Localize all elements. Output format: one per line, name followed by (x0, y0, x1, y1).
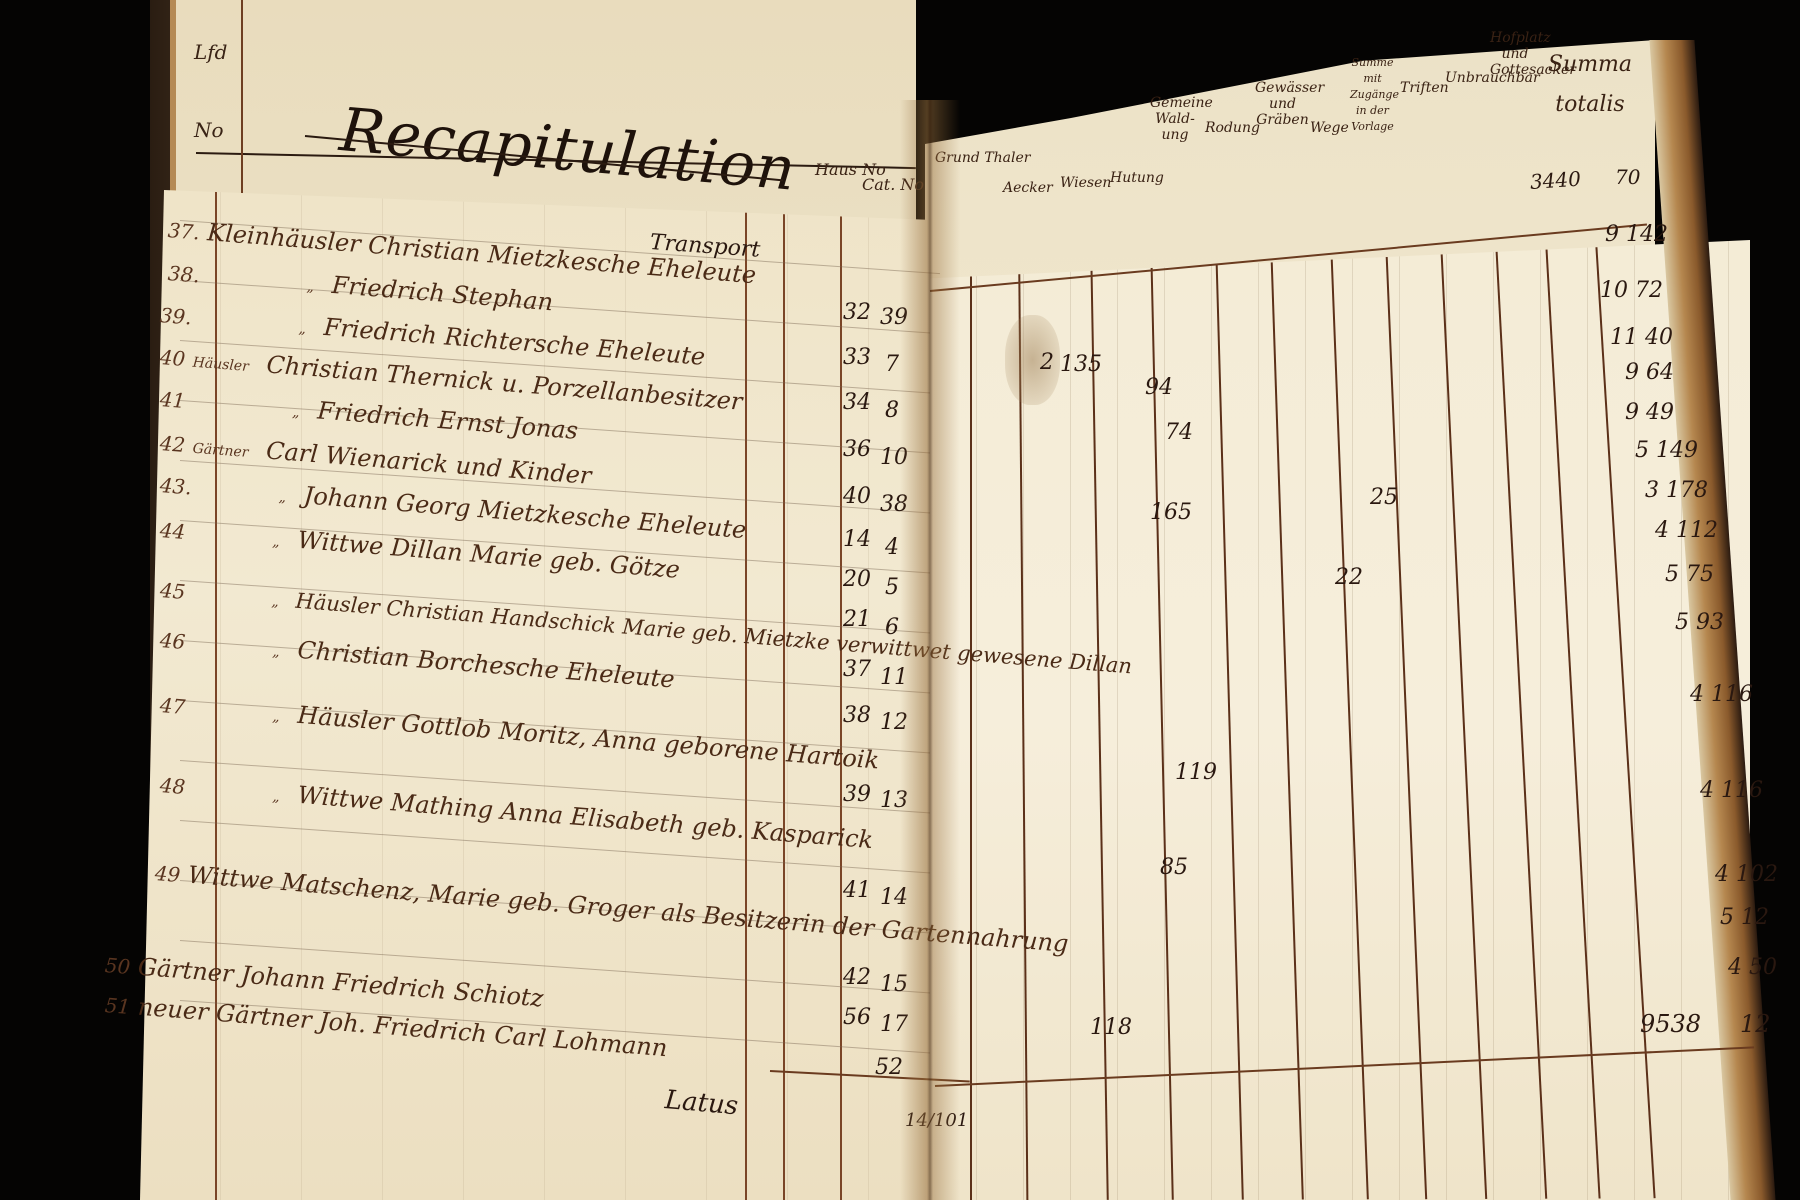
summa-cell: 9 64 (1625, 360, 1674, 385)
summa-cell: 9 142 (1605, 222, 1668, 247)
col-rule (1215, 240, 1244, 1200)
value-cell: 74 (1165, 420, 1193, 445)
value-cell: 25 (1370, 485, 1398, 510)
cat-no-cell: 5 (885, 575, 899, 600)
col-rule (1330, 240, 1369, 1199)
summa-cell: 4 102 (1715, 862, 1778, 887)
col-header: Summe mit Zugänge in der Vorlage (1350, 55, 1395, 135)
col-header: Wiesen (1060, 175, 1111, 191)
summa-cell: 4 116 (1700, 778, 1763, 803)
value-cell: 22 (1335, 565, 1363, 590)
col-rule (1090, 240, 1109, 1200)
summa-cell: 5 149 (1635, 438, 1698, 463)
col-header: Hutung (1110, 170, 1164, 186)
haus-no-cell: 34 (843, 390, 871, 415)
grand-total-pf: 12 (1740, 1010, 1771, 1038)
haus-no-cell: 56 (843, 1005, 871, 1030)
haus-no-cell: 40 (843, 484, 871, 509)
col-rule (1495, 240, 1547, 1199)
value-cell: 135 (1060, 352, 1102, 377)
value-cell: 118 (1090, 1015, 1132, 1040)
cat-no-cell: 6 (885, 615, 899, 640)
col-header: Aecker (1003, 180, 1053, 196)
col-header: Triften (1400, 80, 1445, 96)
margin-header-no: No (194, 118, 224, 142)
margin-header-lfd: Lfd (194, 40, 228, 64)
haus-no-cell: 37 (843, 657, 871, 682)
grand-total: 9538 (1640, 1010, 1701, 1038)
summa-cell: 5 93 (1675, 610, 1724, 635)
col-rule (1440, 240, 1487, 1199)
haus-no-cell: 39 (843, 782, 871, 807)
haus-no-cell: 20 (843, 567, 871, 592)
col-header: Wege (1310, 120, 1349, 136)
summa-cell: 4 50 (1728, 955, 1777, 980)
haus-no-cell: 36 (843, 437, 871, 462)
value-cell: 94 (1145, 375, 1173, 400)
col-rule (783, 190, 785, 1200)
value-cell: 85 (1160, 855, 1188, 880)
haus-no-cell: 32 (843, 300, 871, 325)
haus-no-cell: 41 (843, 878, 871, 903)
summa-cell: 11 40 (1610, 325, 1673, 350)
col-rule (1270, 240, 1304, 1200)
col-header: Hofplatz und Gottesacker (1490, 30, 1540, 78)
haus-no-cell: 38 (843, 703, 871, 728)
cat-no-cell: 8 (885, 398, 899, 423)
col-header: Gemeine Wald-ung (1150, 95, 1200, 143)
summa-cell: 10 72 (1600, 278, 1663, 303)
haus-no-cell: 33 (843, 345, 871, 370)
col-rule (970, 240, 972, 1200)
summa-cell: 4 116 (1690, 682, 1753, 707)
footer-latus-label: Latus (664, 1085, 740, 1121)
value-cell: 119 (1175, 760, 1217, 785)
col-rule (1385, 240, 1427, 1199)
summa-cell: 9 49 (1625, 400, 1674, 425)
summa-cell: 4 112 (1655, 518, 1718, 543)
carry-total: 3440 (1529, 166, 1581, 193)
haus-no-cell: 14 (843, 527, 871, 552)
cat-no-cell: 7 (885, 352, 899, 377)
value-cell: 165 (1150, 500, 1192, 525)
carry-total-pf: 70 (1615, 165, 1640, 189)
cat-no-cell: 4 (885, 535, 899, 560)
col-header: Unbrauchbar (1445, 70, 1495, 86)
col-rule (745, 190, 747, 1200)
ledger-photo: Lfd No Recapitulation Haus No Cat. No Tr… (0, 0, 1800, 1200)
col-header: Rodung (1205, 120, 1255, 136)
summa-cell: 5 12 (1720, 905, 1769, 930)
summa-cell: 5 75 (1665, 562, 1714, 587)
col-header-summa: Summa totalis (1545, 45, 1635, 125)
summa-cell: 3 178 (1645, 478, 1708, 503)
haus-no-cell: 42 (843, 965, 871, 990)
col-rule (840, 190, 842, 1200)
book-spine (900, 100, 960, 1200)
value-cell: 2 (1040, 350, 1054, 375)
haus-no-cell: 21 (843, 607, 871, 632)
col-header: Gewässer und Gräben (1255, 80, 1310, 128)
